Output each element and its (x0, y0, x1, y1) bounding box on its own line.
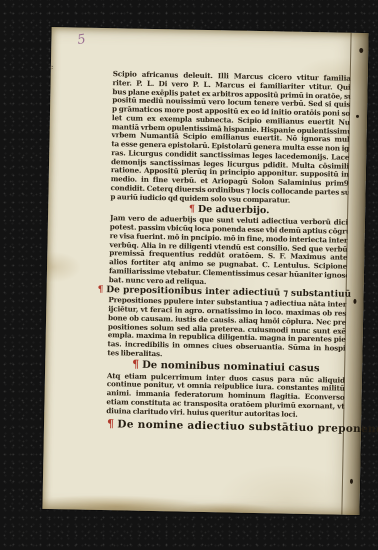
paragraph-adverbs: Jam vero de aduerbijs que sunt veluti ad… (109, 214, 348, 289)
pilcrow-icon: ¶ (107, 417, 115, 430)
scan-background: { "colors": { "background": "#131313", "… (0, 0, 378, 550)
book-page: 5 c Scipio africanus deleuit. Illi Marcu… (42, 27, 368, 515)
ink-speck (353, 299, 356, 304)
ink-speck (356, 115, 359, 118)
heading-text: De aduerbijo. (198, 204, 270, 216)
ink-speck (359, 48, 363, 53)
text-block: Scipio africanus deleuit. Illi Marcus ci… (106, 70, 351, 436)
paragraph-word-order: Scipio africanus deleuit. Illi Marcus ci… (110, 70, 350, 206)
pilcrow-icon: ¶ (132, 358, 139, 371)
handwritten-folio-number: 5 (76, 32, 87, 48)
paragraph-prepositions: Prepositiones ppulere inter substantiua … (107, 296, 346, 362)
ink-speck (350, 479, 353, 484)
margin-ink-mark: c (50, 64, 54, 71)
paragraph-nominative-cases: Atq etiam pulcerrimum inter duos casus p… (106, 372, 345, 420)
heading-text: De nomine adiectiuo substātiuo preponend… (117, 419, 378, 436)
pilcrow-icon: ¶ (98, 285, 104, 295)
section-heading-de-nomine-adiectivo: ¶De nomine adiectiuo substātiuo preponen… (107, 417, 344, 436)
pilcrow-icon: ¶ (189, 204, 195, 215)
